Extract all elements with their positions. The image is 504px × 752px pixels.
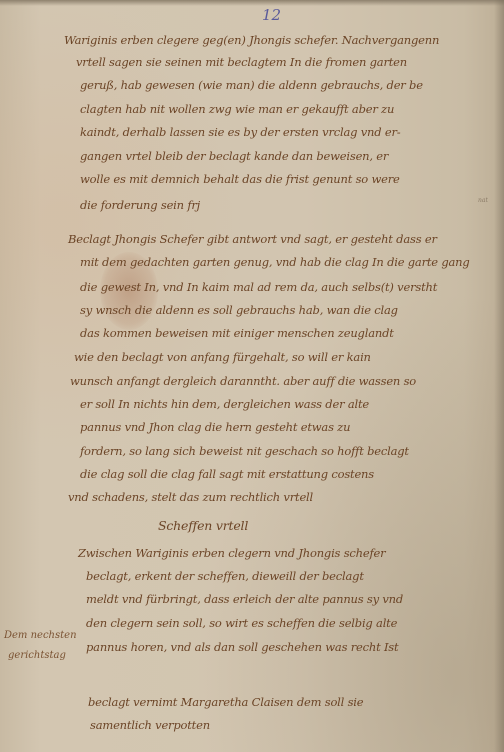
- manuscript-page: 12 Wariginis erben clegere geg(en) Jhong…: [0, 0, 504, 752]
- text-line: wolle es mit demnich behalt das die fris…: [80, 172, 400, 186]
- page-right-edge: [494, 0, 504, 752]
- text-line: beclagt, erkent der scheffen, dieweill d…: [86, 569, 364, 583]
- margin-note-left-line2: gerichtstag: [8, 650, 66, 661]
- text-line: gangen vrtel bleib der beclagt kande dan…: [80, 149, 388, 163]
- text-line: vnd schadens, stelt das zum rechtlich vr…: [68, 490, 313, 504]
- text-line: kaindt, derhalb lassen sie es by der ers…: [80, 125, 400, 139]
- text-line: die forderung sein frj: [80, 198, 200, 212]
- text-line: das kommen beweisen mit einiger menschen…: [80, 326, 394, 340]
- text-line: samentlich verpotten: [90, 718, 210, 732]
- text-line: beclagt vernimt Margaretha Claisen dem s…: [88, 695, 363, 709]
- text-line: clagten hab nit wollen zwg wie man er ge…: [80, 102, 394, 116]
- text-line: meldt vnd fürbringt, dass erleich der al…: [86, 592, 403, 606]
- text-line: Wariginis erben clegere geg(en) Jhongis …: [64, 33, 439, 47]
- text-line: pannus vnd Jhon clag die hern gesteht et…: [80, 420, 350, 434]
- folio-number: 12: [262, 6, 281, 24]
- text-line: pannus horen, vnd als dan soll geschehen…: [86, 640, 398, 654]
- margin-note-left-line1: Dem nechsten: [4, 630, 77, 641]
- text-line: Beclagt Jhongis Schefer gibt antwort vnd…: [68, 232, 437, 246]
- margin-note-right: nat: [478, 197, 488, 204]
- text-line: mit dem gedachten garten genug, vnd hab …: [80, 255, 470, 269]
- text-line: sy wnsch die aldenn es soll gebrauchs ha…: [80, 303, 398, 317]
- text-line: er soll In nichts hin dem, dergleichen w…: [80, 397, 369, 411]
- text-line: den clegern sein soll, so wirt es scheff…: [86, 616, 397, 630]
- text-line: die clag soll die clag fall sagt mit ers…: [80, 467, 374, 481]
- text-line: Zwischen Wariginis erben clegern vnd Jho…: [78, 546, 385, 560]
- text-line: wie den beclagt von anfang fürgehalt, so…: [74, 350, 371, 364]
- section-heading: Scheffen vrtell: [158, 518, 248, 533]
- text-line: geruß, hab gewesen (wie man) die aldenn …: [80, 78, 423, 92]
- text-line: vrtell sagen sie seinen mit beclagtem In…: [76, 55, 407, 69]
- page-top-edge: [0, 0, 504, 6]
- text-line: wunsch anfangt dergleich daranntht. aber…: [70, 374, 416, 388]
- text-line: fordern, so lang sich beweist nit gescha…: [80, 444, 409, 458]
- text-line: die gewest In, vnd In kaim mal ad rem da…: [80, 280, 437, 294]
